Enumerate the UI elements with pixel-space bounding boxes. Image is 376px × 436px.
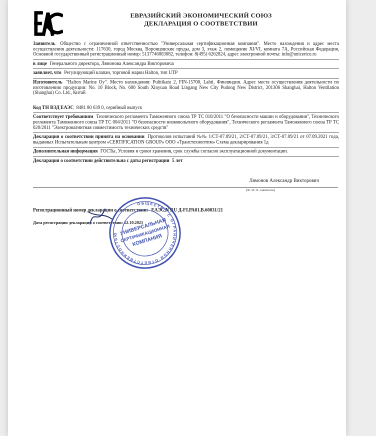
declares-section: заявляет, что Регулирующий клапан, торго… — [33, 69, 339, 78]
basis-section: Декларация о соответствии принята на осн… — [33, 133, 339, 148]
signature-line — [33, 187, 338, 188]
registration-date-row: Дата регистрации декларации о соответств… — [33, 220, 339, 225]
manufacturer-section: Изготовитель "Halton Marine Oy". Место н… — [33, 78, 339, 103]
document-title: ДЕКЛАРАЦИЯ О СООТВЕТСТВИИ — [63, 20, 339, 28]
declares-label: заявляет, что — [33, 71, 61, 76]
title-block: ЕВРАЗИЙСКИЙ ЭКОНОМИЧЕСКИЙ СОЮЗ ДЕКЛАРАЦИ… — [63, 10, 339, 28]
person-section: в лице Генерального директора, Лямонова … — [33, 60, 339, 69]
document-header: ЕВРАЗИЙСКИЙ ЭКОНОМИЧЕСКИЙ СОЮЗ ДЕКЛАРАЦИ… — [33, 10, 339, 37]
stamp-ring-text: ОБЩЕСТВО С ОГРАНИЧЕННОЙ ОТВЕТСТВЕННОСТЬЮ — [106, 194, 185, 273]
person-label: в лице — [33, 61, 47, 66]
compliance-label: Соответствует требованиям — [33, 115, 93, 120]
validity-text: 5 лет — [172, 158, 183, 163]
additional-info-section: Дополнительная информация ГОСТы, Условия… — [33, 148, 339, 157]
registration-date-value: 12.10.2021 — [124, 220, 143, 225]
declaration-document: ЕВРАЗИЙСКИЙ ЭКОНОМИЧЕСКИЙ СОЮЗ ДЕКЛАРАЦИ… — [8, 0, 346, 436]
signature-caption: (Ф. И. О. заявителя) — [246, 188, 275, 192]
stamp-middle-ring — [106, 194, 185, 273]
additional-info-text: ГОСТы, Условия и сроки хранения, срок сл… — [100, 149, 288, 154]
stamp-outer-ring — [101, 189, 188, 276]
registration-number-value: ЕАЭС N RU Д-FI.РА01.В.60031/21 — [151, 208, 223, 213]
document-content: ЕВРАЗИЙСКИЙ ЭКОНОМИЧЕСКИЙ СОЮЗ ДЕКЛАРАЦИ… — [8, 0, 346, 436]
declares-text: Регулирующий клапан, торговой марки Halt… — [64, 71, 178, 76]
tnved-code-section: Код ТН ВЭД ЕАЭС 8481 80 639 0, серийный … — [33, 104, 339, 113]
signatory-name: Лямонов Александр Викторович — [249, 178, 319, 184]
applicant-label: Заявитель — [33, 42, 55, 47]
stamp-line3: КОМПАНИЯ — [132, 233, 163, 248]
registration-number-row: Регистрационный номер декларации о соотв… — [33, 208, 339, 214]
tnved-code-text: 8481 80 639 0, серийный выпуск — [76, 105, 142, 110]
person-text: Генерального директора, Лямонова Алексан… — [50, 61, 174, 66]
manufacturer-text: "Halton Marine Oy". Место нахождения: Pu… — [33, 80, 339, 96]
compliance-section: Соответствует требованиям Технического р… — [33, 113, 339, 133]
handwritten-signature — [86, 204, 115, 228]
manufacturer-label: Изготовитель — [33, 80, 62, 85]
stamp-line2: СЕРТИФИКАЦИОННАЯ — [120, 224, 170, 244]
applicant-text: Общество с ограниченной ответственностью… — [33, 42, 339, 58]
validity-label: Декларация о соответствии действительна … — [33, 158, 169, 163]
tnved-code-label: Код ТН ВЭД ЕАЭС — [33, 105, 74, 110]
union-title: ЕВРАЗИЙСКИЙ ЭКОНОМИЧЕСКИЙ СОЮЗ — [63, 12, 339, 20]
eac-logo-icon — [33, 10, 63, 37]
additional-info-label: Дополнительная информация — [33, 149, 98, 154]
screenshot-stage: ЕВРАЗИЙСКИЙ ЭКОНОМИЧЕСКИЙ СОЮЗ ДЕКЛАРАЦИ… — [0, 0, 376, 436]
signature-area: Лямонов Александр Викторович (Ф. И. О. з… — [33, 166, 339, 202]
validity-section: Декларация о соответствии действительна … — [33, 157, 339, 166]
basis-label: Декларация о соответствии принята на осн… — [33, 135, 144, 140]
applicant-section: Заявитель Общество с ограниченной ответс… — [33, 40, 339, 60]
